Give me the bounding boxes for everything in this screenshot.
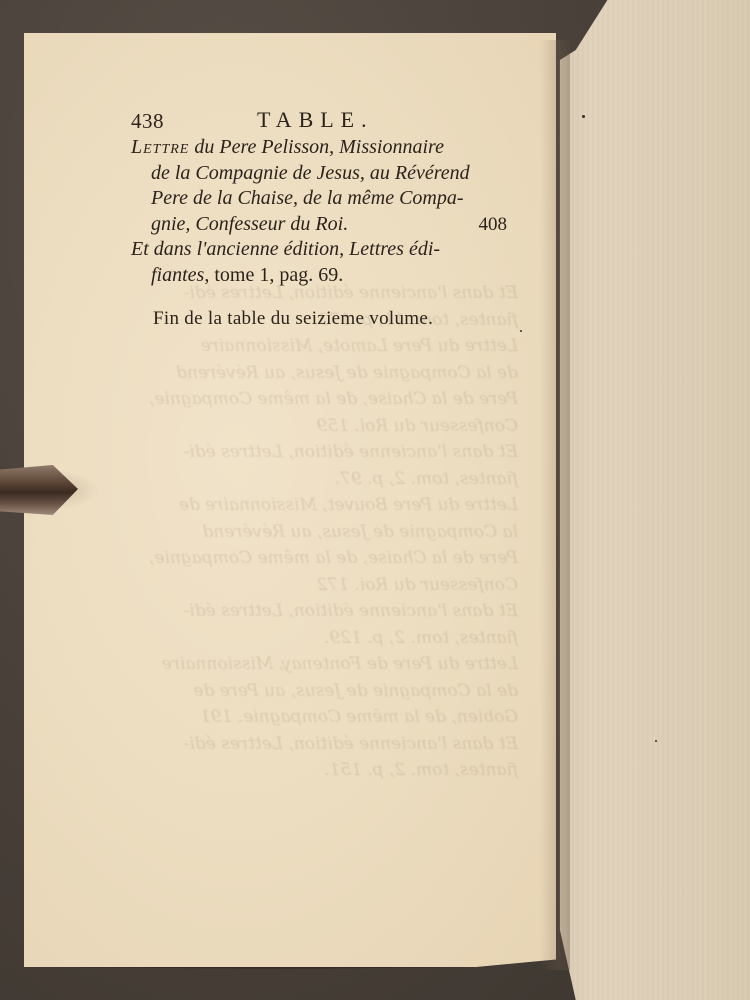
entry-line: Et dans l'ancienne édition, Lettres édi- [131,237,511,263]
page-title: TABLE. [257,107,374,133]
closing-line: Fin de la table du seizieme volume. [131,308,511,330]
table-entry-edition: Et dans l'ancienne édition, Lettres édi-… [131,237,511,288]
page-reference: 408 [479,212,508,238]
entry-line: Lettre du Pere Pelisson, Missionnaire [131,135,511,161]
entry-line: Pere de la Chaise, de la même Compa- [131,186,511,212]
paper-speck [520,330,522,332]
book-photo: Et dans l'ancienne édition, Lettres édi-… [0,0,750,1000]
entry-line: fiantes, tome 1, pag. 69. [131,263,511,289]
entry-lead: Et [131,238,149,260]
running-head: 438 TABLE. [131,107,511,135]
table-entry-letter: Lettre du Pere Pelisson, Missionnaire de… [131,135,511,237]
gutter-shadow [540,40,570,970]
printed-text: 438 TABLE. Lettre du Pere Pelisson, Miss… [131,107,511,330]
page-number: 438 [131,109,164,134]
paper-speck [655,740,657,742]
bleed-through-text: Et dans l'ancienne édition, Lettres édi-… [128,280,518,784]
entry-line: gnie, Confesseur du Roi.408 [131,212,511,238]
facing-page [552,0,750,1000]
entry-line: de la Compagnie de Jesus, au Révérend [131,161,511,187]
paper-speck [582,115,585,118]
entry-lead: Lettre [131,136,189,158]
